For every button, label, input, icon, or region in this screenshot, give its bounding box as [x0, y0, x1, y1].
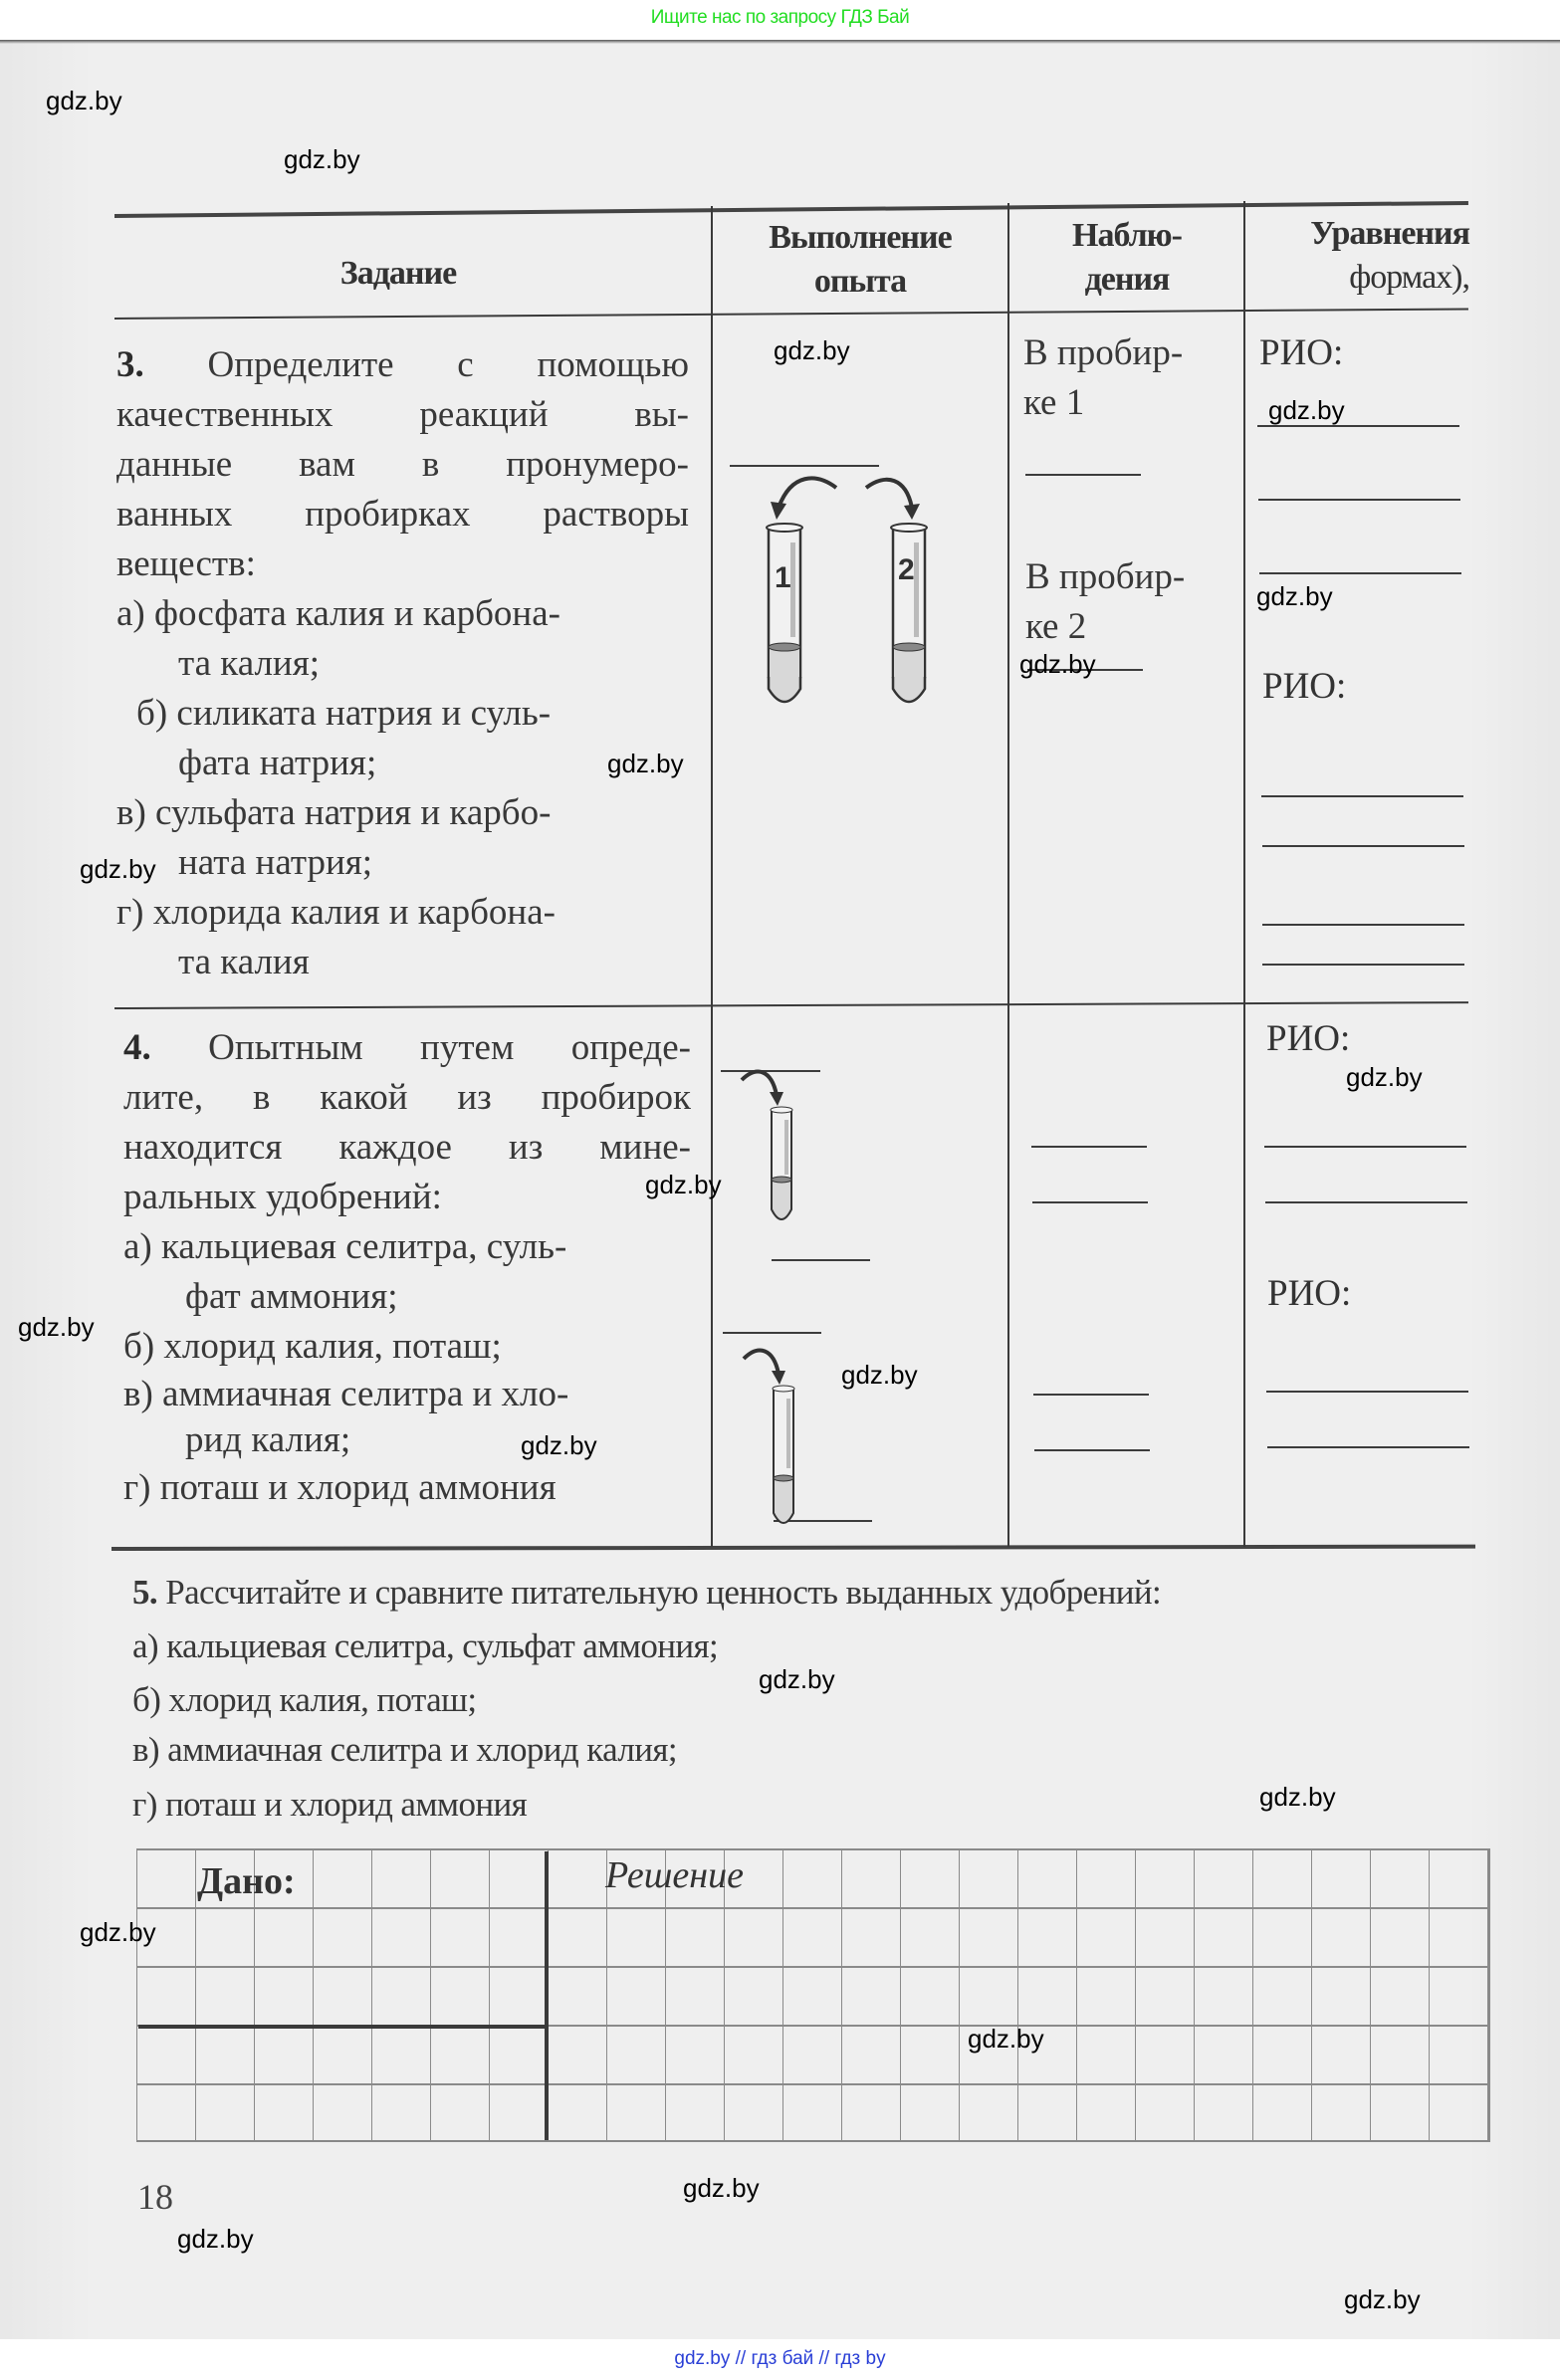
task-4-line-4: ральных удобрений: [123, 1173, 691, 1222]
task-4-text-1: Опытным путем опреде- [208, 1027, 691, 1068]
equation-line-3a-3[interactable] [1259, 572, 1461, 574]
watermark: gdz.by [841, 1360, 918, 1391]
header-execution-line2: опыта [713, 265, 1007, 299]
task-3-option-v: в) сульфата натрия и карбо- [116, 788, 689, 838]
watermark: gdz.by [1256, 581, 1333, 612]
rio-label-3a: РИО: [1259, 331, 1343, 374]
equation-line-4a-1[interactable] [1264, 1146, 1466, 1148]
watermark: gdz.by [1019, 649, 1096, 680]
task-4-line-1: 4. Опытным путем опреде- [123, 1023, 691, 1073]
watermark: gdz.by [80, 1917, 156, 1948]
header-observations-line1: Наблю- [1009, 219, 1244, 253]
watermark: gdz.by [80, 854, 156, 885]
task-4-option-v: в) аммиачная селитра и хло- [123, 1372, 691, 1417]
observation-answer-line-1[interactable] [1025, 474, 1141, 476]
header-execution-line1: Выполнение [713, 221, 1007, 255]
rio-label-3b: РИО: [1262, 665, 1346, 708]
task-3-option-b: б) силиката натрия и суль- [116, 689, 689, 739]
svg-text:1: 1 [775, 561, 791, 594]
header-equations-line1: Уравнения [1256, 217, 1469, 251]
task-4-option-v-cont: рид калия; [123, 1417, 691, 1463]
execution-answer-line-4-2[interactable] [772, 1259, 870, 1261]
section-5-option-b: б) хлорид калия, поташ; [132, 1682, 476, 1717]
equation-line-4b-1[interactable] [1266, 1391, 1468, 1393]
task-4-option-a-cont: фат аммония; [123, 1272, 691, 1322]
page-edge-shadow [0, 40, 1560, 44]
task-4-line-3: находится каждое из мине- [123, 1123, 691, 1173]
watermark: gdz.by [645, 1170, 722, 1200]
observation-answer-line-4-3[interactable] [1033, 1394, 1149, 1396]
observation-tube-2-line1: В пробир- [1025, 552, 1185, 602]
execution-answer-line[interactable] [730, 465, 879, 467]
page-number: 18 [137, 2176, 173, 2218]
header-equations: Уравнения формах), [1256, 217, 1469, 295]
col-divider-2 [1007, 203, 1009, 1547]
solution-label: Решение [605, 1853, 744, 1897]
section-5-option-a: а) кальциевая селитра, сульфат аммония; [132, 1628, 718, 1663]
bottom-links-banner[interactable]: gdz.by // гдз бай // гдз by [0, 2339, 1560, 2380]
task-4-option-a: а) кальциевая селитра, суль- [123, 1222, 691, 1272]
task-4-option-b: б) хлорид калия, поташ; [123, 1322, 691, 1372]
task-4: 4. Опытным путем опреде- лите, в какой и… [123, 1023, 691, 1513]
watermark: gdz.by [1346, 1062, 1423, 1093]
equation-line-3b-1[interactable] [1261, 795, 1463, 797]
task-3-option-a: а) фосфата калия и карбона- [116, 589, 689, 639]
watermark: gdz.by [1268, 395, 1345, 426]
equation-line-3b-3[interactable] [1262, 924, 1464, 926]
svg-text:2: 2 [898, 553, 915, 586]
task-3-text-1: Определите с помощью [208, 344, 690, 385]
task-3-line-5: веществ: [116, 540, 689, 589]
test-tube-illustration-4a [732, 1060, 811, 1229]
section-5-title-text: Рассчитайте и сравните питательную ценно… [165, 1573, 1161, 1612]
task-3-line-3: данные вам в пронумеро- [116, 440, 689, 490]
header-execution: Выполнение опыта [713, 221, 1007, 299]
watermark: gdz.by [521, 1430, 597, 1461]
test-tube-illustration-4b [734, 1339, 813, 1528]
header-task: Задание [209, 257, 587, 291]
equation-line-4b-2[interactable] [1267, 1446, 1469, 1448]
task-3-line-1: 3. Определите с помощью [116, 340, 689, 390]
observation-answer-line-4-1[interactable] [1031, 1146, 1147, 1148]
task-3-option-a-cont: та калия; [116, 639, 689, 689]
task-3: 3. Определите с помощью качественных реа… [116, 340, 689, 987]
given-divider-horizontal [138, 2025, 547, 2029]
task-3-line-2: качественных реакций вы- [116, 390, 689, 440]
equation-line-4a-2[interactable] [1265, 1201, 1467, 1203]
execution-answer-line-4-4[interactable] [723, 1332, 821, 1334]
header-observations-line2: дения [1009, 263, 1244, 297]
header-observations: Наблю- дения [1009, 219, 1244, 297]
task-3-option-g: г) хлорида калия и карбона- [116, 888, 689, 938]
watermark: gdz.by [284, 144, 360, 175]
watermark: gdz.by [774, 335, 850, 366]
observation-tube-1-line1: В пробир- [1023, 328, 1183, 378]
section-5-number: 5. [132, 1573, 157, 1612]
given-label: Дано: [197, 1859, 296, 1903]
watermark: gdz.by [759, 1664, 835, 1695]
watermark: gdz.by [177, 2224, 254, 2255]
observation-tube-1-line2: ке 1 [1023, 378, 1183, 428]
watermark: gdz.by [18, 1312, 95, 1343]
col-divider-1 [711, 206, 713, 1547]
equation-line-3b-2[interactable] [1262, 845, 1464, 847]
section-5-option-v: в) аммиачная селитра и хлорид калия; [132, 1732, 677, 1767]
task-4-line-2: лите, в какой из пробирок [123, 1073, 691, 1123]
observation-tube-1: В пробир- ке 1 [1023, 328, 1183, 428]
col-divider-3 [1243, 201, 1245, 1547]
rio-label-4a: РИО: [1266, 1017, 1350, 1060]
top-search-banner[interactable]: Ищите нас по запросу ГДЗ Бай [0, 0, 1560, 40]
section-5-title: 5. Рассчитайте и сравните питательную це… [132, 1575, 1161, 1610]
watermark: gdz.by [607, 749, 684, 779]
observation-tube-2: В пробир- ке 2 [1025, 552, 1185, 652]
watermark: gdz.by [46, 86, 122, 116]
watermark: gdz.by [1344, 2284, 1421, 2315]
header-equations-line2: формах), [1256, 261, 1469, 295]
watermark: gdz.by [968, 2024, 1044, 2055]
task-3-option-v-cont: ната натрия; [116, 838, 689, 888]
header-task-text: Задание [340, 255, 456, 292]
task-3-line-4: ванных пробирках растворы [116, 490, 689, 540]
observation-answer-line-4-2[interactable] [1032, 1201, 1148, 1203]
rio-label-4b: РИО: [1267, 1272, 1351, 1315]
task-3-number: 3. [116, 344, 144, 385]
task-3-option-b-cont: фата натрия; [116, 739, 689, 788]
task-3-option-g-cont: та калия [116, 938, 689, 987]
watermark: gdz.by [1259, 1782, 1336, 1813]
equation-line-3b-4[interactable] [1262, 964, 1464, 966]
observation-answer-line-4-4[interactable] [1034, 1449, 1150, 1451]
task-4-option-g: г) поташ и хлорид аммония [123, 1463, 691, 1513]
equation-line-3a-2[interactable] [1258, 499, 1460, 501]
task-4-number: 4. [123, 1027, 151, 1068]
test-tubes-1-2-illustration: 1 2 [737, 468, 996, 707]
given-solution-divider-vertical [545, 1851, 549, 2140]
answer-grid[interactable] [136, 1848, 1490, 2142]
observation-tube-2-line2: ке 2 [1025, 602, 1185, 652]
section-5-option-g: г) поташ и хлорид аммония [132, 1787, 527, 1822]
watermark: gdz.by [683, 2173, 760, 2204]
